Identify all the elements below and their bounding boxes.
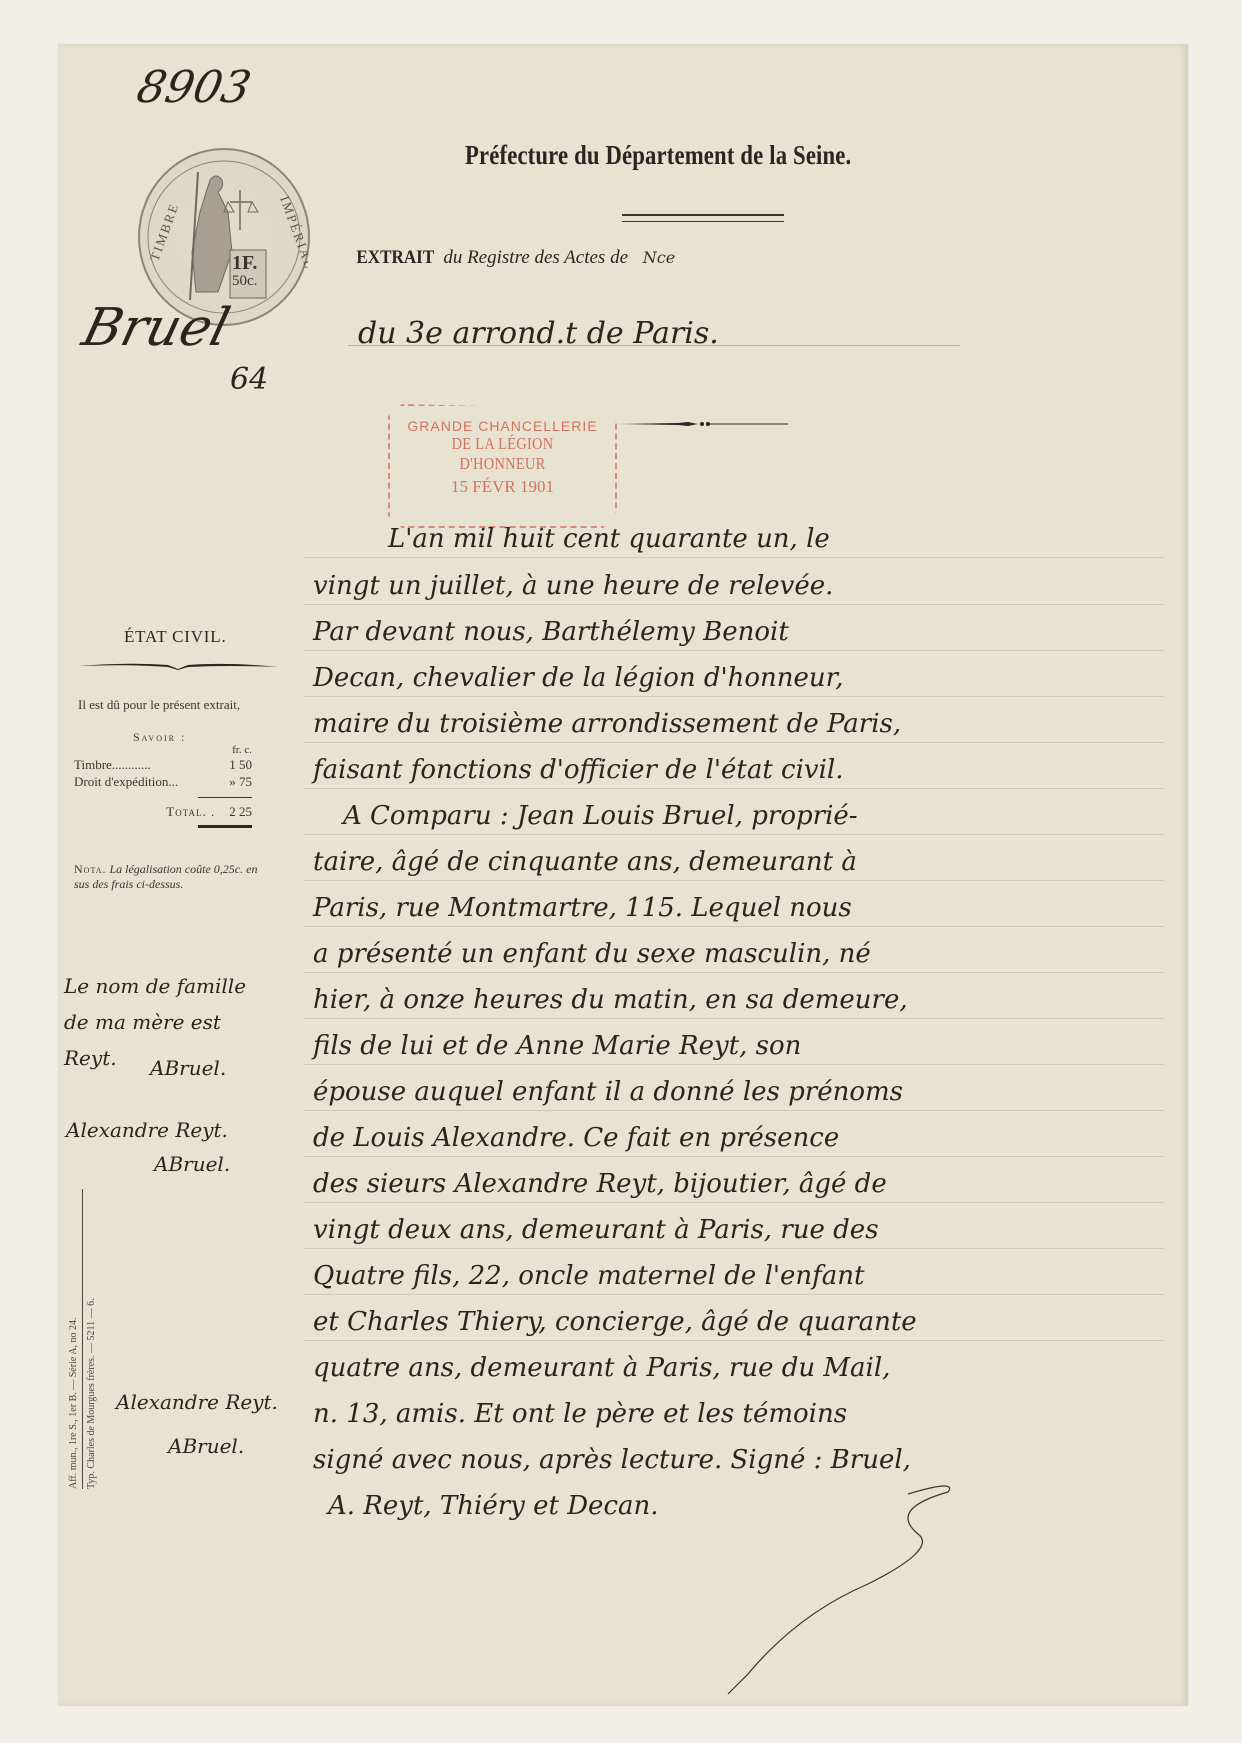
margin-signature: ABruel.: [168, 1434, 244, 1458]
ruled-line: [304, 880, 1164, 881]
stamp-cent: 50c.: [232, 272, 257, 290]
svg-text:IMPÉRIAL: IMPÉRIAL: [277, 194, 308, 272]
extrait-handwritten-type: Nce: [643, 248, 675, 267]
fee-total-label: Total. .: [166, 804, 215, 820]
fee-unit-header: fr. c.: [74, 744, 252, 757]
ruled-line: [304, 834, 1164, 835]
ruled-line: [304, 650, 1164, 651]
body-line: faisant fonctions d'officier de l'état c…: [313, 755, 844, 785]
fee-table: fr. c. Timbre............ 1 50 Droit d'e…: [74, 744, 252, 828]
ruled-line: [304, 1064, 1164, 1065]
body-line: fils de lui et de Anne Marie Reyt, son: [313, 1031, 801, 1061]
ruled-line: [304, 1248, 1164, 1249]
stamp-denomination: 1F. 50c.: [232, 254, 257, 290]
body-line: maire du troisième arrondissement de Par…: [313, 709, 901, 739]
ornamental-dash-icon: [618, 421, 788, 427]
fee-total-rule: [198, 825, 252, 828]
nota-key: Nota.: [74, 862, 106, 876]
body-line: et Charles Thiery, concierge, âgé de qua…: [313, 1307, 917, 1337]
fee-label: Timbre............: [74, 757, 151, 774]
stamp-date: 15 FÉVR 1901: [390, 477, 615, 497]
margin-note-line: de ma mère est: [64, 1010, 221, 1034]
margin-signature: ABruel.: [154, 1152, 230, 1176]
ruled-line: [304, 557, 1164, 558]
stamp-franc: 1F.: [232, 254, 257, 272]
title-double-rule: [622, 214, 784, 222]
ruled-line: [304, 788, 1164, 789]
extrait-line: EXTRAIT du Registre des Actes de Nce: [352, 247, 675, 269]
body-line: vingt un juillet, à une heure de relevée…: [313, 571, 833, 601]
body-line: vingt deux ans, demeurant à Paris, rue d…: [313, 1215, 879, 1245]
etat-civil-heading: ÉTAT CIVIL.: [124, 627, 227, 647]
imprint-line-2: Typ. Charles de Mourgues frères. — 5211 …: [84, 1189, 99, 1489]
stamp-line-legion: DE LA LÉGION D'HONNEUR: [407, 434, 598, 474]
body-line: A Comparu : Jean Louis Bruel, proprié-: [343, 801, 858, 831]
closing-flourish-icon: [618, 1344, 1018, 1704]
body-line: de Louis Alexandre. Ce fait en présence: [313, 1123, 839, 1153]
ruled-line: [304, 1202, 1164, 1203]
imprint-separator: [82, 1189, 83, 1489]
body-line: des sieurs Alexandre Reyt, bijoutier, âg…: [313, 1169, 887, 1199]
fee-due-text: Il est dû pour le présent extrait,: [78, 696, 268, 713]
stamp-line-chancellerie: GRANDE CHANCELLERIE: [390, 418, 615, 434]
extrait-registry-text: du Registre des Actes de: [443, 247, 628, 268]
nota-note: Nota. La légalisation coûte 0,25c. en su…: [74, 862, 274, 892]
fee-row: Timbre............ 1 50: [74, 757, 252, 774]
body-line: Decan, chevalier de la légion d'honneur,: [313, 663, 844, 693]
body-line: L'an mil huit cent quarante un, le: [388, 524, 830, 554]
margin-note-line: Alexandre Reyt.: [66, 1118, 228, 1142]
printer-imprint: Aff. mun., 1re S., 1er B. — Série A, no …: [66, 1189, 102, 1489]
body-line: épouse auquel enfant il a donné les prén…: [313, 1077, 903, 1107]
extrait-label: EXTRAIT: [356, 247, 434, 269]
margin-signature: ABruel.: [150, 1056, 226, 1080]
prefecture-title: Préfecture du Département de la Seine.: [465, 140, 851, 171]
body-line: A. Reyt, Thiéry et Decan.: [328, 1491, 659, 1521]
civil-register-extract-page: 8903 TIMBRE IMPÉRIAL 1F. 50c. Préfecture…: [58, 44, 1188, 1706]
body-line: hier, à onze heures du matin, en sa deme…: [313, 985, 908, 1015]
body-line: Paris, rue Montmartre, 115. Lequel nous: [313, 893, 852, 923]
body-line: a présenté un enfant du sexe masculin, n…: [313, 939, 871, 969]
margin-note-line: Reyt.: [64, 1046, 117, 1070]
fee-row: Droit d'expédition... » 75: [74, 774, 252, 791]
fee-label: Droit d'expédition...: [74, 774, 178, 791]
ruled-line: [304, 1294, 1164, 1295]
ruled-line: [304, 1018, 1164, 1019]
margin-surname-number: 64: [230, 362, 268, 397]
ruled-line: [304, 926, 1164, 927]
body-line: Par devant nous, Barthélemy Benoit: [313, 617, 789, 647]
margin-note-line: Alexandre Reyt.: [116, 1390, 278, 1414]
imprint-line-1: Aff. mun., 1re S., 1er B. — Série A, no …: [66, 1189, 81, 1489]
arrondissement-rule: [348, 345, 960, 346]
ruled-line: [304, 742, 1164, 743]
fee-total-row: Total. . 2 25: [74, 804, 252, 820]
ruled-line: [304, 1156, 1164, 1157]
fee-value: » 75: [206, 774, 252, 791]
fee-total-value: 2 25: [229, 804, 252, 820]
legion-honneur-registry-stamp: GRANDE CHANCELLERIE DE LA LÉGION D'HONNE…: [388, 404, 617, 528]
document-number: 8903: [133, 62, 256, 113]
body-line: Quatre fils, 22, oncle maternel de l'enf…: [313, 1261, 865, 1291]
ruled-line: [304, 1110, 1164, 1111]
fee-sum-rule: [198, 797, 252, 798]
fee-value: 1 50: [206, 757, 252, 774]
margin-surname: Bruel: [77, 298, 236, 358]
ruled-line: [304, 696, 1164, 697]
ruled-line: [304, 972, 1164, 973]
savoir-label: Savoir :: [133, 730, 186, 745]
svg-text:TIMBRE: TIMBRE: [147, 200, 182, 263]
margin-note-line: Le nom de famille: [64, 974, 246, 998]
body-line: taire, âgé de cinquante ans, demeurant à: [313, 847, 857, 877]
ruled-line: [304, 604, 1164, 605]
ruled-line: [304, 1340, 1164, 1341]
ornamental-divider-icon: [78, 660, 278, 672]
